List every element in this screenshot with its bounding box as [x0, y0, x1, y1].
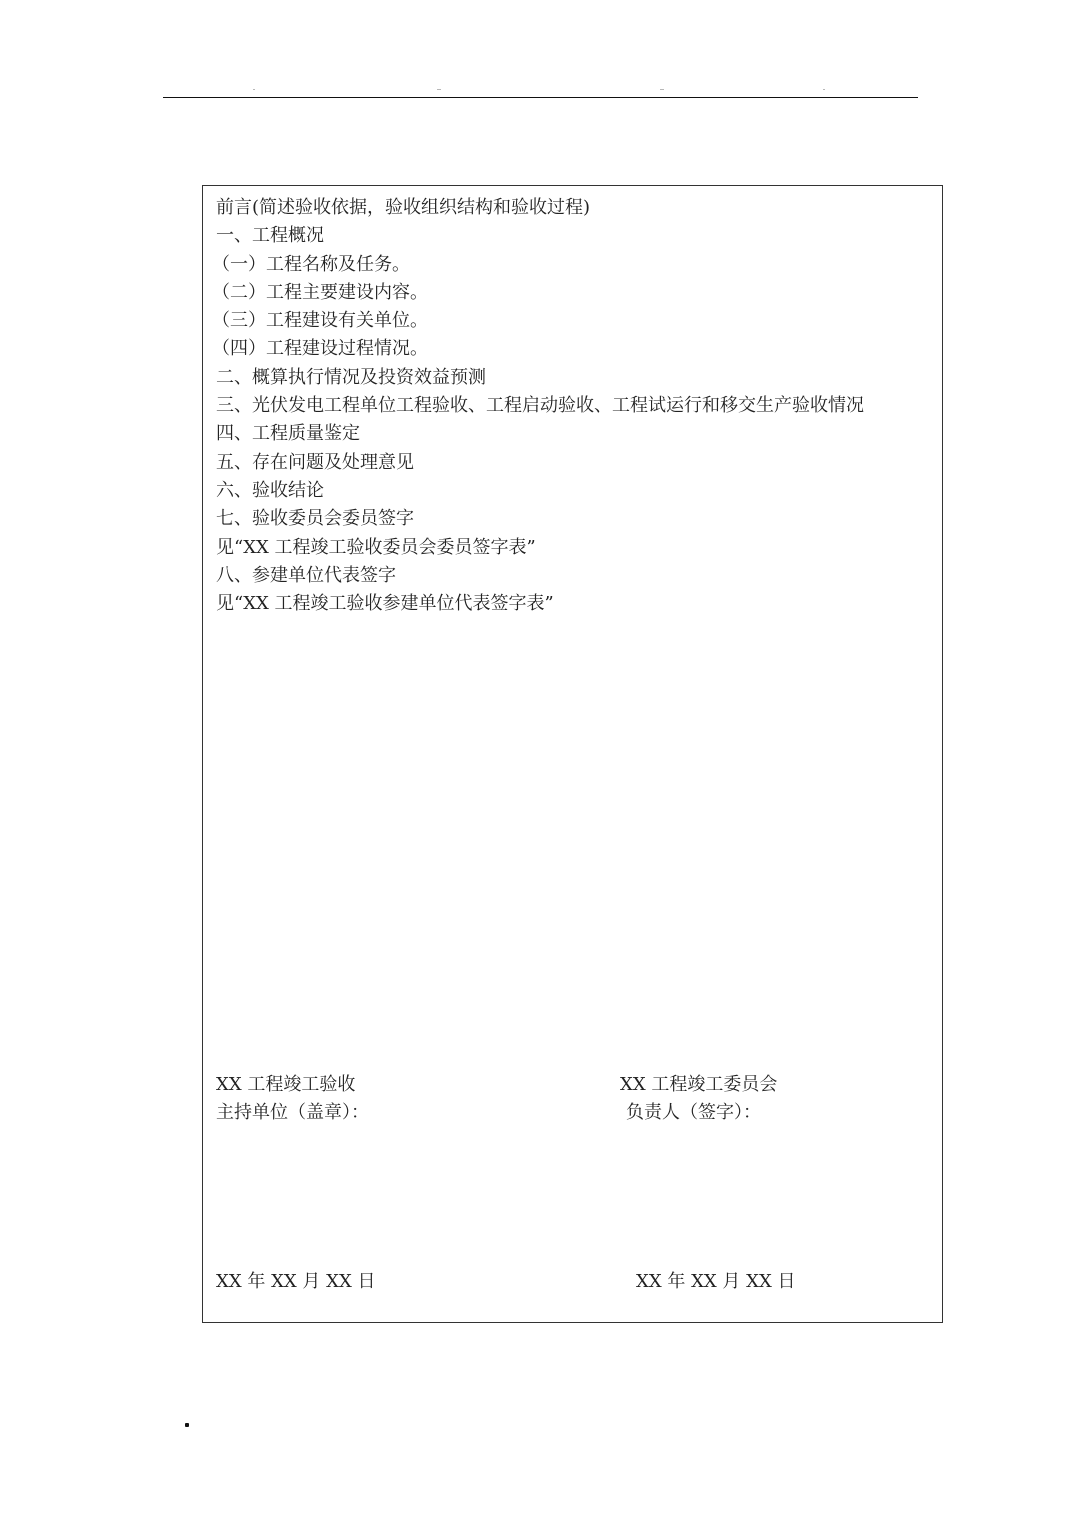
committee-date: XX 年 XX 月 XX 日 — [636, 1268, 796, 1296]
section-6-heading: 六、验收结论 — [216, 477, 864, 505]
host-org-seal-label: 主持单位（盖章）： — [216, 1099, 369, 1127]
subsection-1-2: （二）工程主要建设内容。 — [212, 279, 864, 307]
section-7-heading: 七、验收委员会委员签字 — [216, 505, 864, 533]
section-3-heading: 三、光伏发电工程单位工程验收、工程启动验收、工程试运行和移交生产验收情况 — [216, 392, 864, 420]
header-mark: . — [253, 84, 255, 92]
committee-signer-label: 负责人（签字）： — [626, 1099, 761, 1127]
header-mark: .. — [437, 84, 441, 92]
header-rule — [163, 97, 918, 98]
section-8-heading: 八、参建单位代表签字 — [216, 562, 864, 590]
section-2-heading: 二、概算执行情况及投资效益预测 — [216, 364, 864, 392]
report-outline: 前言(简述验收依据，验收组织结构和验收过程) 一、工程概况 （一）工程名称及任务… — [216, 194, 864, 618]
host-date: XX 年 XX 月 XX 日 — [216, 1268, 376, 1296]
section-7-reference: 见“XX 工程竣工验收委员会委员签字表” — [216, 534, 864, 562]
subsection-1-1: （一）工程名称及任务。 — [212, 251, 864, 279]
preface-line: 前言(简述验收依据，验收组织结构和验收过程) — [216, 194, 864, 222]
section-5-heading: 五、存在问题及处理意见 — [216, 449, 864, 477]
subsection-1-3: （三）工程建设有关单位。 — [212, 307, 864, 335]
page-header-marks: . .. .. . — [0, 84, 1080, 94]
subsection-1-4: （四）工程建设过程情况。 — [212, 335, 864, 363]
header-mark: .. — [660, 84, 664, 92]
host-org-label: XX 工程竣工验收 — [216, 1071, 355, 1099]
section-1-heading: 一、工程概况 — [216, 222, 864, 250]
section-8-reference: 见“XX 工程竣工验收参建单位代表签字表” — [216, 590, 864, 618]
section-4-heading: 四、工程质量鉴定 — [216, 420, 864, 448]
header-mark: . — [823, 84, 825, 92]
page-footer-mark — [185, 1423, 189, 1427]
committee-label: XX 工程竣工委员会 — [620, 1071, 777, 1099]
